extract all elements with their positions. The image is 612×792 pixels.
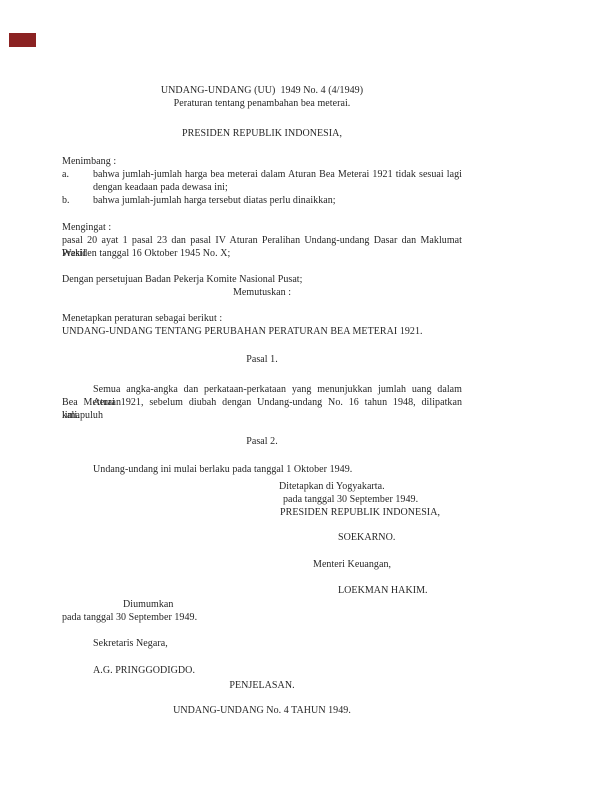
promulgation-line2: pada tanggal 30 September 1949. — [62, 611, 197, 624]
signature-loekman-hakim: LOEKMAN HAKIM. — [338, 584, 428, 597]
red-marker — [9, 33, 36, 47]
menimbang-item-a-line1: bahwa jumlah-jumlah harga bea meterai da… — [93, 168, 462, 181]
pasal2-heading: Pasal 2. — [62, 435, 462, 448]
menimbang-item-a-line2: dengan keadaan pada dewasa ini; — [93, 181, 228, 194]
doc-title-line2: Peraturan tentang penambahan bea meterai… — [62, 97, 462, 110]
menimbang-item-b-line1: bahwa jumlah-jumlah harga tersebut diata… — [93, 194, 336, 207]
enactment-authority: PRESIDEN REPUBLIK INDONESIA, — [280, 506, 440, 519]
menimbang-item-b-label: b. — [62, 194, 70, 207]
signature-pringgodigdo: A.G. PRINGGODIGDO. — [93, 664, 195, 677]
memutuskan-heading: Memutuskan : — [62, 286, 462, 299]
enactment-date: pada tanggal 30 September 1949. — [283, 493, 418, 506]
promulgation-official-title: Sekretaris Negara, — [93, 637, 168, 650]
menimbang-label: Menimbang : — [62, 155, 116, 168]
doc-title-line1: UNDANG-UNDANG (UU) 1949 No. 4 (4/1949) — [62, 84, 462, 97]
menimbang-item-a-label: a. — [62, 168, 69, 181]
mengingat-line2: Presiden tanggal 16 Oktober 1945 No. X; — [62, 247, 230, 260]
pasal1-heading: Pasal 1. — [62, 353, 462, 366]
menetapkan-intro: Menetapkan peraturan sebagai berikut : — [62, 312, 222, 325]
document-page: UNDANG-UNDANG (UU) 1949 No. 4 (4/1949) P… — [0, 0, 612, 792]
signature-soekarno: SOEKARNO. — [338, 531, 395, 544]
enactment-place: Ditetapkan di Yogyakarta. — [279, 480, 385, 493]
issuer-heading: PRESIDEN REPUBLIK INDONESIA, — [62, 127, 462, 140]
pasal2-text: Undang-undang ini mulai berlaku pada tan… — [93, 463, 352, 476]
penjelasan-heading: PENJELASAN. — [62, 679, 462, 692]
pasal1-line3: kali. — [62, 409, 80, 422]
promulgation-line1: Diumumkan — [123, 598, 173, 611]
countersign-title: Menteri Keuangan, — [313, 558, 391, 571]
pasal1-line2: Bea Meterai 1921, sebelum diubah dengan … — [62, 396, 462, 422]
menetapkan-title: UNDANG-UNDANG TENTANG PERUBAHAN PERATURA… — [62, 325, 423, 338]
persetujuan-line: Dengan persetujuan Badan Pekerja Komite … — [62, 273, 302, 286]
mengingat-label: Mengingat : — [62, 221, 111, 234]
penjelasan-subject: UNDANG-UNDANG No. 4 TAHUN 1949. — [62, 704, 462, 717]
